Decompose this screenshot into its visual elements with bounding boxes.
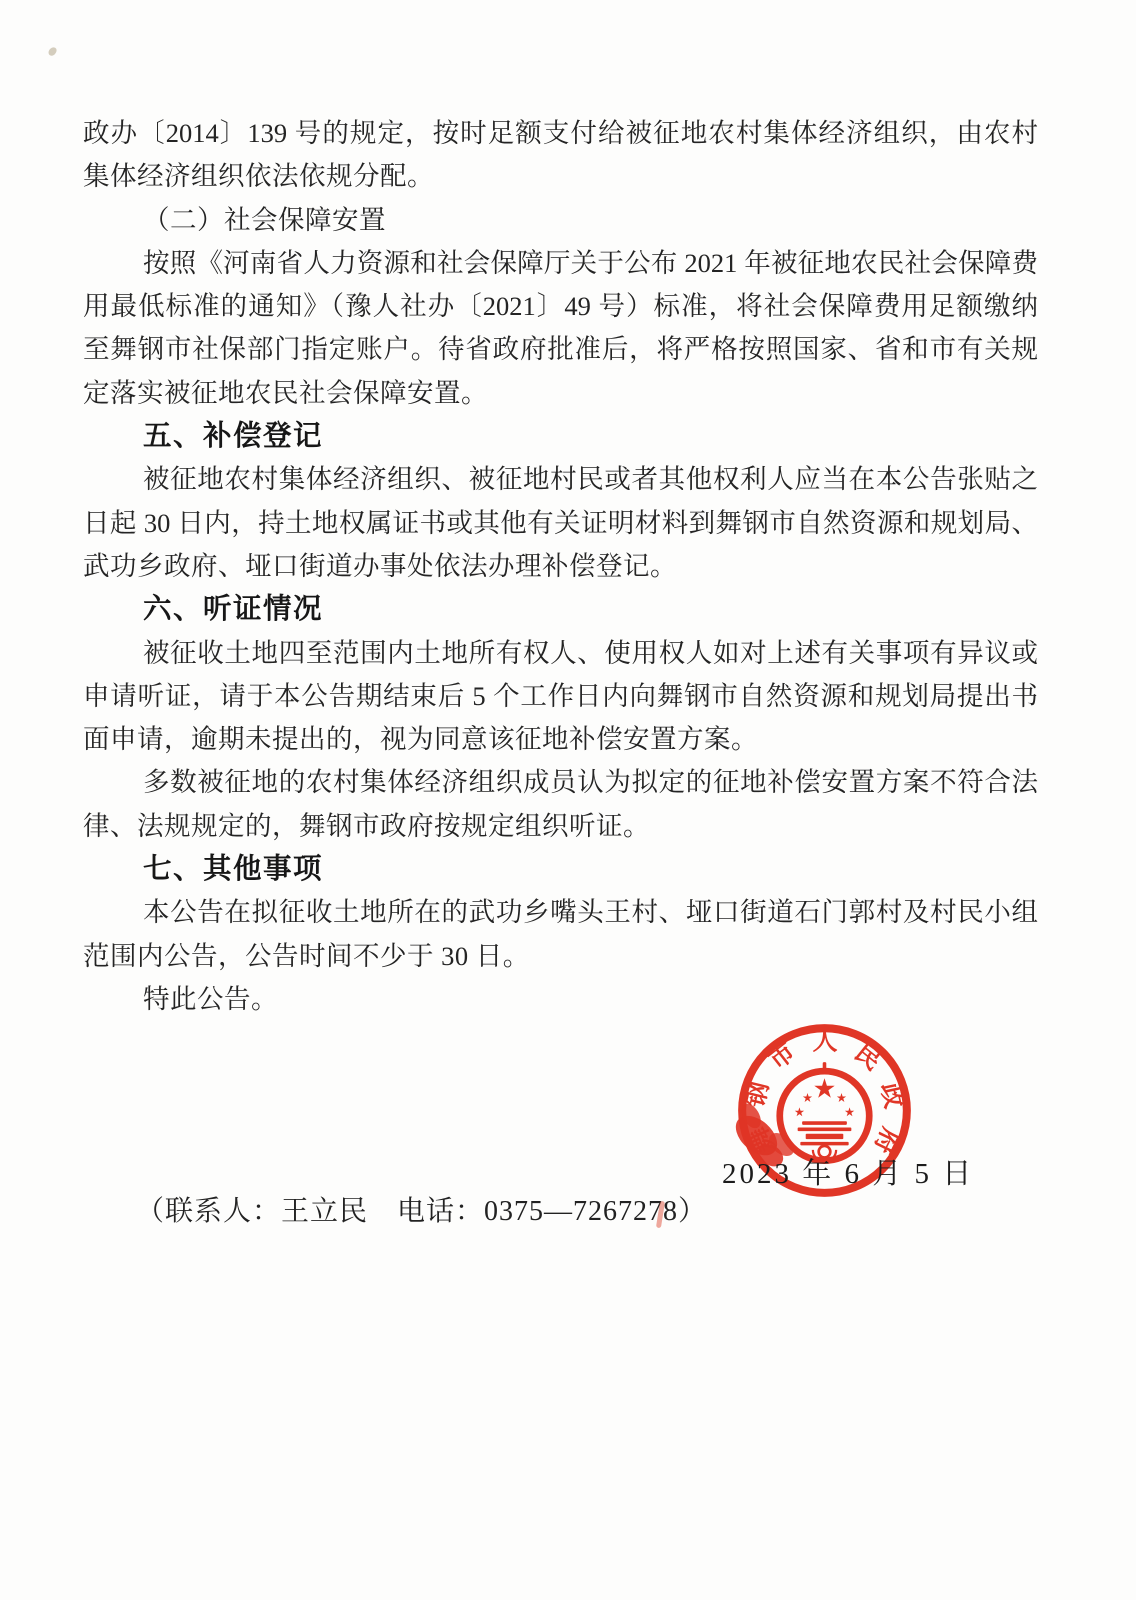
seal-character: 民 (849, 1038, 886, 1076)
section-heading: 五、补偿登记 (83, 415, 1038, 458)
text-line: 定落实被征地农民社会保障安置。 (83, 372, 1038, 415)
text-line: 本公告在拟征收土地所在的武功乡嘴头王村、垭口街道石门郭村及村民小组 (83, 891, 1038, 934)
text-line: 用最低标准的通知》（豫人社办〔2021〕49 号）标准，将社会保障费用足额缴纳 (83, 285, 1038, 328)
scanned-notice-page: 政办〔2014〕139 号的规定，按时足额支付给被征地农村集体经济组织，由农村集… (0, 0, 1136, 1600)
text-lines: 政办〔2014〕139 号的规定，按时足额支付给被征地农村集体经济组织，由农村集… (83, 112, 1038, 1021)
text-line: 政办〔2014〕139 号的规定，按时足额支付给被征地农村集体经济组织，由农村 (83, 112, 1038, 155)
signature-date: 2023 年 6 月 5 日 (722, 1151, 942, 1192)
seal-character: 人 (812, 1027, 837, 1055)
section-heading: 六、听证情况 (83, 588, 1038, 631)
text-line: 武功乡政府、垭口街道办事处依法办理补偿登记。 (83, 545, 1038, 588)
text-line: 特此公告。 (83, 978, 1038, 1021)
text-line: 被征地农村集体经济组织、被征地村民或者其他权利人应当在本公告张贴之 (83, 458, 1038, 501)
text-line: 集体经济组织依法依规分配。 (83, 155, 1038, 198)
text-line: 律、法规规定的，舞钢市政府按规定组织听证。 (83, 805, 1038, 848)
seal-character: 市 (764, 1037, 801, 1074)
text-line: 日起 30 日内，持土地权属证书或其他有关证明材料到舞钢市自然资源和规划局、 (83, 502, 1038, 545)
text-line: 多数被征地的农村集体经济组织成员认为拟定的征地补偿安置方案不符合法 (83, 761, 1038, 804)
section-heading: 七、其他事项 (83, 848, 1038, 891)
text-line: 被征收土地四至范围内土地所有权人、使用权人如对上述有关事项有异议或 (83, 632, 1038, 675)
text-line: 范围内公告，公告时间不少于 30 日。 (83, 935, 1038, 978)
text-line: 至舞钢市社保部门指定账户。待省政府批准后，将严格按照国家、省和市有关规 (83, 328, 1038, 371)
scan-artifact-speck (47, 46, 57, 57)
text-line: （二）社会保障安置 (83, 199, 1038, 242)
text-line: 申请听证，请于本公告期结束后 5 个工作日内向舞钢市自然资源和规划局提出书 (83, 675, 1038, 718)
contact-info: （联系人：王立民 电话：0375—7267278） (136, 1189, 707, 1229)
text-line: 面申请，逾期未提出的，视为同意该征地补偿安置方案。 (83, 718, 1038, 761)
text-line: 按照《河南省人力资源和社会保障厅关于公布 2021 年被征地农民社会保障费 (83, 242, 1038, 285)
